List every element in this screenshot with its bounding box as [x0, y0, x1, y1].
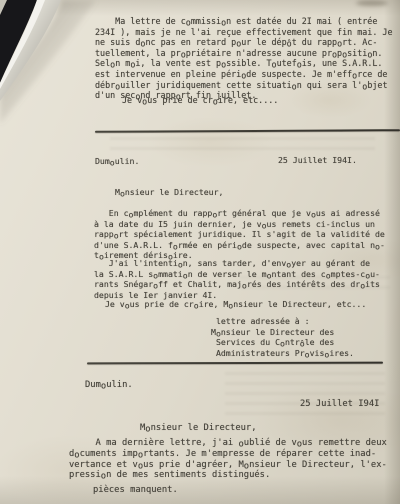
paragraph: Ma lettre de commission est datée du 2I … [95, 16, 400, 101]
section-divider [95, 129, 400, 133]
signature: Dumoulin. [95, 156, 139, 167]
note-line: pièces manquent. [93, 485, 178, 496]
addressee-block: lettre adressée à :Monsieur le Directeur… [211, 316, 381, 358]
bleedthrough-text [225, 372, 385, 420]
paragraph: A ma dernière lettre, j'ai oublié de vou… [69, 438, 394, 481]
signature: Dumoulin. [85, 380, 133, 391]
page-number-smudge [356, 0, 388, 6]
paragraph: En complément du rapport général que je … [94, 208, 394, 261]
date-line: 25 Juillet I94I [300, 399, 379, 410]
paragraph: J'ai l'intention, sans tarder, d'envoyer… [94, 258, 394, 300]
section-divider [87, 362, 383, 365]
closing-line: Je vous prie de croire, etc.... [122, 95, 278, 106]
salutation: Monsieur le Directeur, [140, 423, 257, 434]
scanned-letter-page: Ma lettre de commission est datée du 2I … [0, 0, 400, 504]
salutation: Monsieur le Directeur, [115, 187, 223, 198]
closing-line: Je vous prie de croire, Monsieur le Dire… [105, 299, 366, 310]
date-line: 25 Juillet I94I. [278, 155, 357, 166]
